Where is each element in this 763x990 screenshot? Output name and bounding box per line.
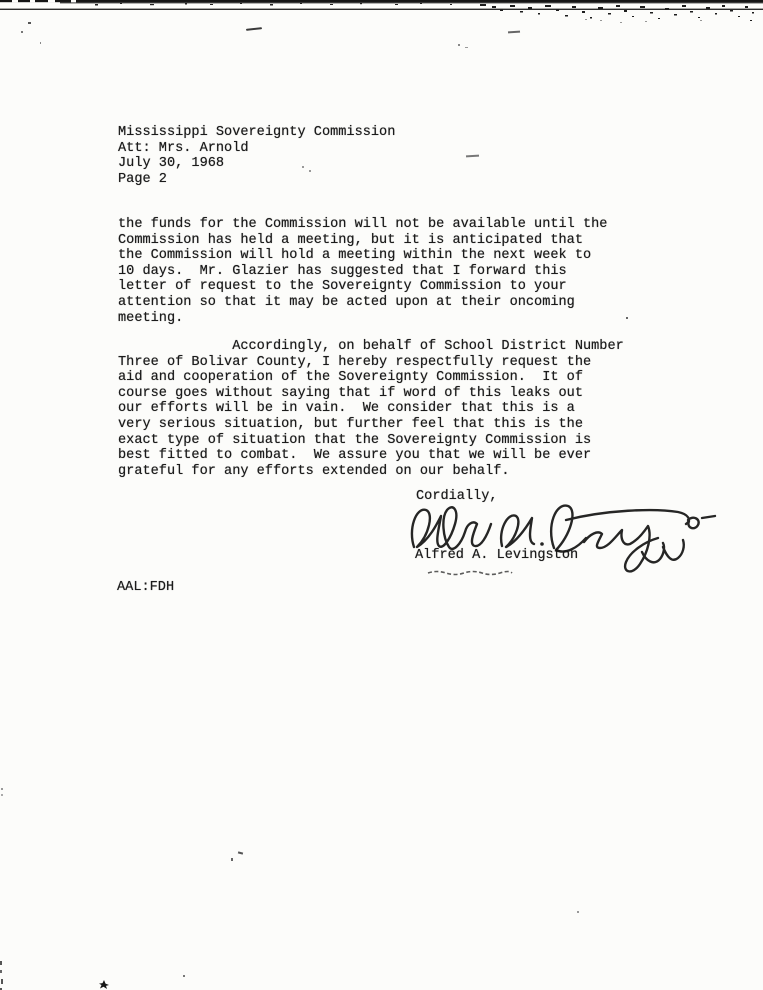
text-line: Commission has held a meeting, but it is… — [118, 233, 607, 249]
scan-speck — [1, 794, 3, 796]
scan-speck — [183, 975, 185, 977]
scan-speck — [246, 27, 262, 31]
scan-speck — [508, 31, 520, 33]
letter-paragraph-1: the funds for the Commission will not be… — [118, 217, 607, 326]
text-line: our efforts will be in vain. We consider… — [118, 401, 624, 417]
scan-speck — [21, 31, 23, 33]
scan-speck — [40, 42, 41, 44]
scan-noise-band — [0, 0, 763, 26]
text-line: Att: Mrs. Arnold — [118, 141, 395, 157]
letter-header: Mississippi Sovereignty CommissionAtt: M… — [118, 125, 395, 187]
scan-speck — [231, 858, 233, 861]
scan-speck — [0, 961, 2, 965]
scan-speck — [0, 970, 2, 973]
text-line: Accordingly, on behalf of School Distric… — [118, 339, 624, 355]
scan-speck — [28, 22, 31, 24]
scan-speck — [309, 170, 311, 172]
text-line: grateful for any efforts extended on our… — [118, 464, 624, 480]
scan-speck — [577, 911, 579, 913]
scan-speck — [466, 155, 479, 157]
text-line: course goes without saying that if word … — [118, 386, 624, 402]
text-line: very serious situation, but further feel… — [118, 417, 624, 433]
text-line: the funds for the Commission will not be… — [118, 217, 607, 233]
scan-speck — [238, 851, 243, 854]
scan-speck — [302, 166, 304, 168]
text-line: aid and cooperation of the Sovereignty C… — [118, 370, 624, 386]
scanned-letter-page: Mississippi Sovereignty CommissionAtt: M… — [0, 0, 763, 990]
scan-speck — [458, 44, 460, 46]
handwritten-signature-icon — [402, 497, 720, 589]
scan-speck — [626, 317, 628, 319]
text-line: exact type of situation that the Soverei… — [118, 433, 624, 449]
text-line: best fitted to combat. We assure you tha… — [118, 448, 624, 464]
letter-paragraph-2: Accordingly, on behalf of School Distric… — [118, 339, 624, 479]
scan-speck — [465, 47, 468, 48]
text-line: Mississippi Sovereignty Commission — [118, 125, 395, 141]
scan-speck — [1, 979, 3, 984]
text-line: letter of request to the Sovereignty Com… — [118, 279, 607, 295]
text-line: July 30, 1968 — [118, 156, 395, 172]
text-line: meeting. — [118, 311, 607, 327]
text-line: Page 2 — [118, 172, 395, 188]
scan-speck — [1, 788, 3, 790]
text-line: the Commission will hold a meeting withi… — [118, 248, 607, 264]
text-line: attention so that it may be acted upon a… — [118, 295, 607, 311]
typist-initials: AAL:FDH — [117, 580, 174, 596]
ink-blot — [99, 980, 109, 989]
text-line: Three of Bolivar County, I hereby respec… — [118, 355, 624, 371]
text-line: 10 days. Mr. Glazier has suggested that … — [118, 264, 607, 280]
